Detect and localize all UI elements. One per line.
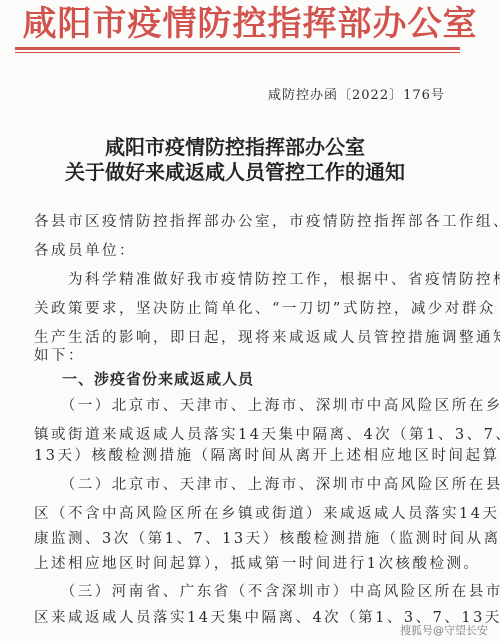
body-line: 区来咸返咸人员落实14天集中隔离、4次（第1、3、7、13天） [34, 604, 446, 633]
body-line: 各县市区疫情防控指挥部办公室，市疫情防控指挥部各工作组、 [34, 208, 446, 237]
masthead: 咸阳市疫情防控指挥部办公室 [0, 4, 500, 44]
section-heading: 一、涉疫省份来咸返咸人员 [62, 368, 254, 389]
body-line: （二）北京市、天津市、上海市、深圳市中高风险区所在县市 [34, 471, 446, 500]
body-line: 关政策要求，坚决防止简单化、“一刀切”式防控，减少对群众 [34, 295, 446, 324]
title-line-1: 咸阳市疫情防控指挥部办公室 [0, 135, 470, 159]
masthead-rule-thin [15, 52, 460, 53]
body-line: 上述相应地区时间起算），抵咸第一时间进行1次核酸检测。 [34, 550, 446, 579]
document-number: 咸防控办函〔2022〕176号 [268, 84, 445, 103]
body-line: （一）北京市、天津市、上海市、深圳市中高风险区所在乡 [34, 392, 446, 421]
body-line: 如下： [34, 342, 446, 371]
masthead-rule-thick [15, 47, 460, 50]
title-line-2: 关于做好来咸返咸人员管控工作的通知 [0, 160, 470, 184]
body-line: 13天）核酸检测措施（隔离时间从离开上述相应地区时间起算）。 [34, 442, 446, 471]
body-line: 为科学精准做好我市疫情防控工作，根据中、省疫情防控相 [34, 266, 446, 295]
body-line: （三）河南省、广东省（不含深圳市）中高风险区所在县市 [34, 578, 446, 607]
watermark: 搜狐号@守望长安 [400, 622, 488, 638]
body-line: 各成员单位： [34, 237, 446, 266]
